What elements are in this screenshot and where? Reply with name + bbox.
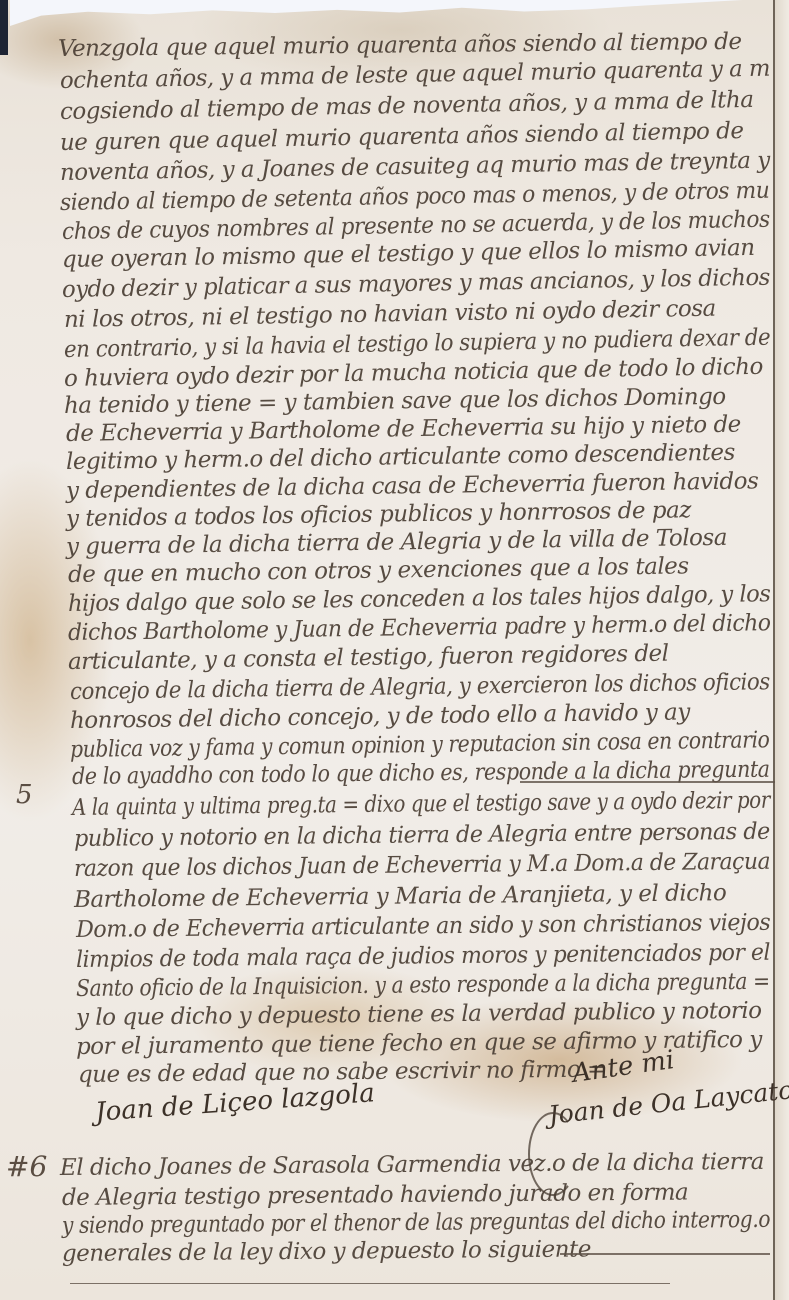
manuscript-line: El dicho Joanes de Sarasola Garmendia ve… [60, 1149, 764, 1181]
manuscript-line: de Alegria testigo presentado haviendo j… [62, 1180, 688, 1211]
manuscript-line: generales de la ley dixo y depuesto lo s… [62, 1236, 591, 1267]
manuscript-line: y siendo preguntado por el thenor de las… [62, 1207, 770, 1239]
underline-rule [560, 1253, 770, 1255]
closing-section: El dicho Joanes de Sarasola Garmendia ve… [0, 0, 789, 1300]
underline-rule [70, 1283, 670, 1284]
